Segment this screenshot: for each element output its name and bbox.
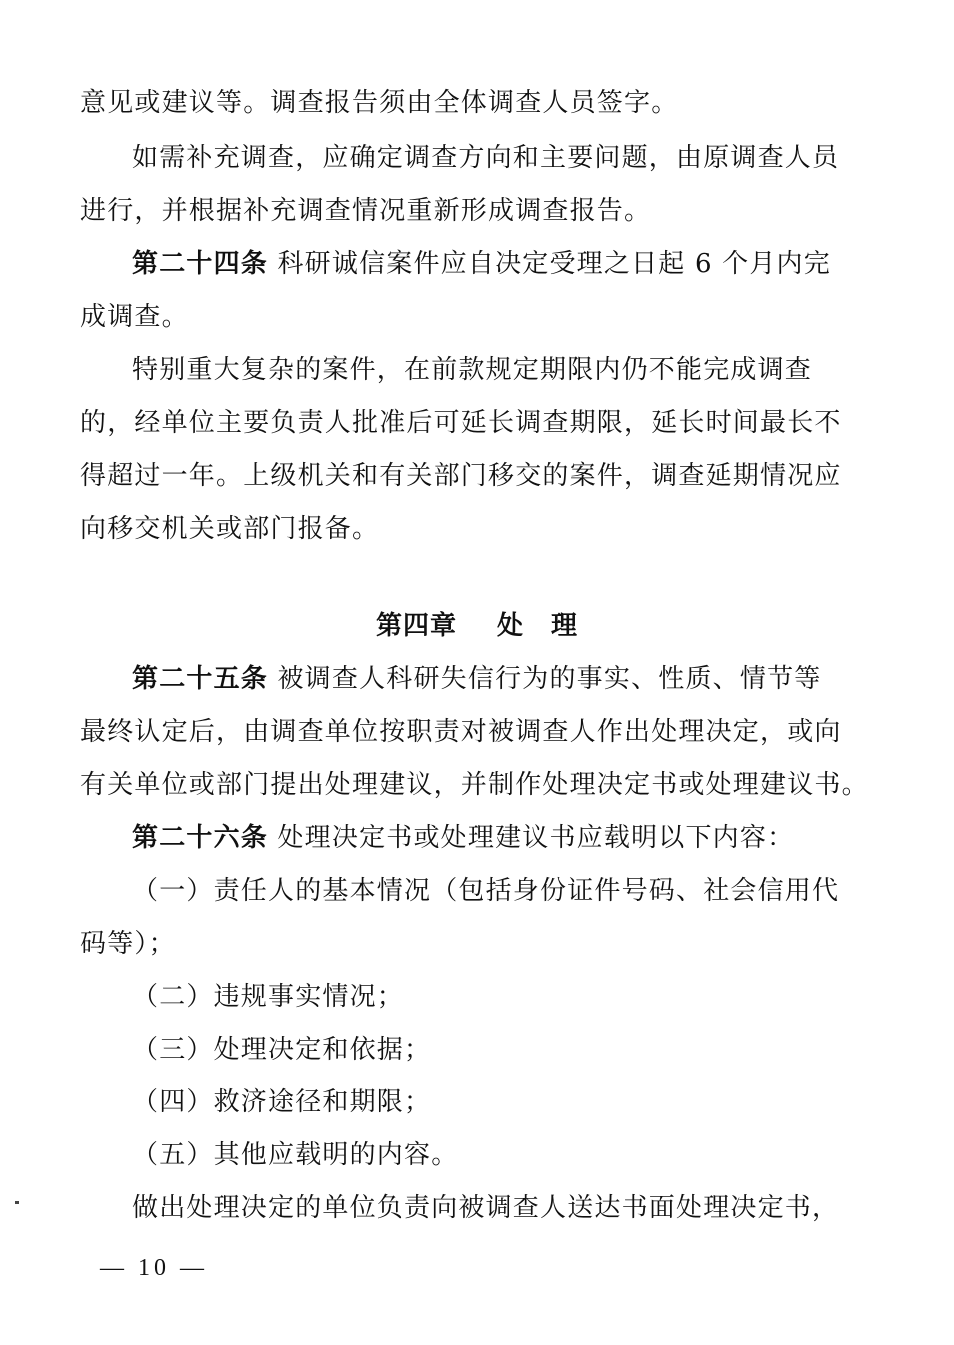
list-item: （五）其他应载明的内容。 bbox=[132, 1138, 912, 1172]
document-page: 意见或建议等。调查报告须由全体调查人员签字。 如需补充调查，应确定调查方向和主要… bbox=[0, 0, 954, 1345]
article-title: 第二十五条 bbox=[132, 664, 268, 694]
paragraph-line: 如需补充调查，应确定调查方向和主要问题，由原调查人员 bbox=[132, 141, 912, 175]
article-text: 处理决定书或处理建议书应载明以下内容： bbox=[268, 823, 794, 853]
article-text: 科研诚信案件应自决定受理之日起 6 个月内完 bbox=[268, 249, 831, 279]
chapter-heading: 第四章处 理 bbox=[0, 609, 954, 643]
paragraph-line: 成调查。 bbox=[80, 300, 860, 334]
chapter-title: 处 理 bbox=[497, 611, 578, 641]
article-25-line: 第二十五条 被调查人科研失信行为的事实、性质、情节等 bbox=[132, 662, 912, 696]
list-item: （四）救济途径和期限； bbox=[132, 1085, 912, 1119]
article-24-line: 第二十四条 科研诚信案件应自决定受理之日起 6 个月内完 bbox=[132, 247, 912, 281]
paragraph-line: 有关单位或部门提出处理建议，并制作处理决定书或处理建议书。 bbox=[80, 768, 860, 802]
list-item: （二）违规事实情况； bbox=[132, 980, 912, 1014]
page-number: — 10 — bbox=[100, 1255, 208, 1282]
paragraph-line: 做出处理决定的单位负责向被调查人送达书面处理决定书， bbox=[132, 1191, 912, 1225]
paragraph-line: 最终认定后，由调查单位按职责对被调查人作出处理决定，或向 bbox=[80, 715, 860, 749]
paragraph-line: 得超过一年。上级机关和有关部门移交的案件，调查延期情况应 bbox=[80, 459, 860, 493]
list-item: （一）责任人的基本情况（包括身份证件号码、社会信用代 bbox=[132, 874, 912, 908]
article-26-line: 第二十六条 处理决定书或处理建议书应载明以下内容： bbox=[132, 821, 912, 855]
chapter-number: 第四章 bbox=[376, 611, 457, 641]
article-title: 第二十六条 bbox=[132, 823, 268, 853]
paragraph-line: 的，经单位主要负责人批准后可延长调查期限，延长时间最长不 bbox=[80, 406, 860, 440]
paragraph-line: 意见或建议等。调查报告须由全体调查人员签字。 bbox=[80, 86, 860, 120]
list-item-continuation: 码等）； bbox=[80, 927, 860, 961]
scan-artifact bbox=[15, 1201, 19, 1204]
paragraph-line: 特别重大复杂的案件，在前款规定期限内仍不能完成调查 bbox=[132, 353, 912, 387]
paragraph-line: 向移交机关或部门报备。 bbox=[80, 512, 860, 546]
article-text: 被调查人科研失信行为的事实、性质、情节等 bbox=[268, 664, 821, 694]
list-item: （三）处理决定和依据； bbox=[132, 1033, 912, 1067]
paragraph-line: 进行，并根据补充调查情况重新形成调查报告。 bbox=[80, 194, 860, 228]
article-title: 第二十四条 bbox=[132, 249, 268, 279]
